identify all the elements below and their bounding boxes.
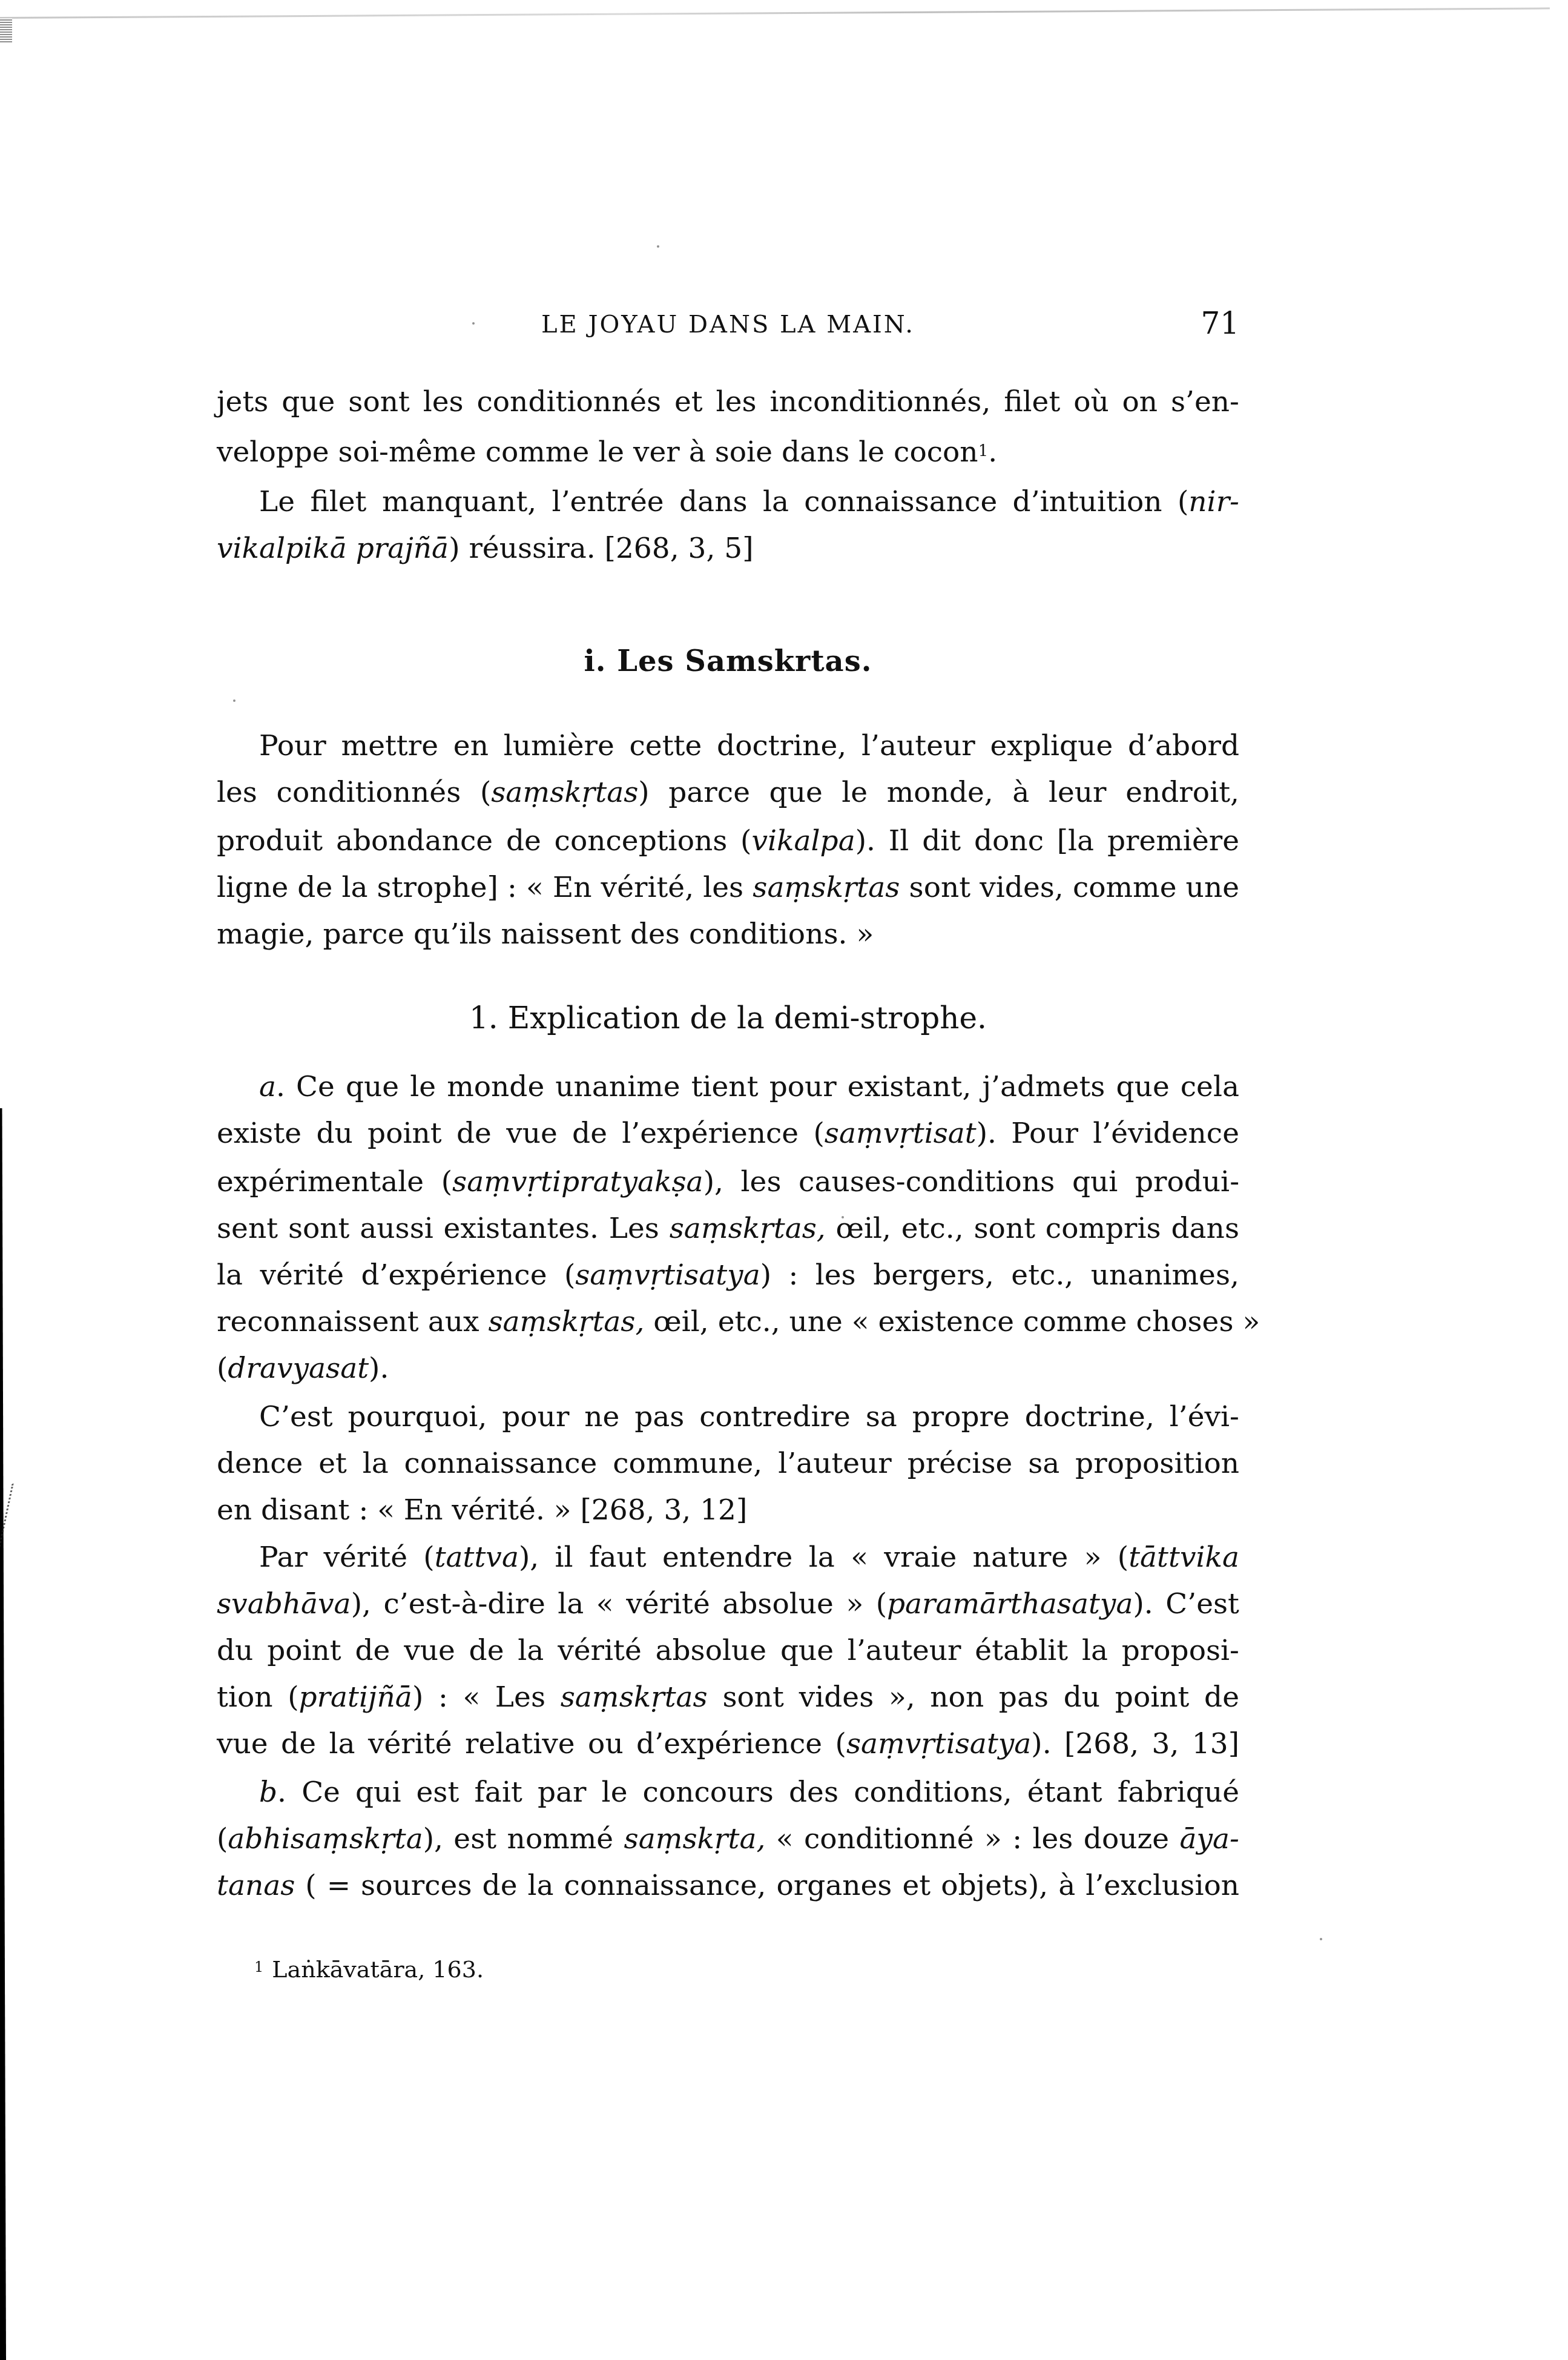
- italic-term: tāttvika: [1128, 1541, 1239, 1574]
- text-line: Pour mettre en lumière cette doctrine, l…: [217, 722, 1239, 770]
- text-run: .: [988, 435, 997, 469]
- text-run: ). Pour l’évidence: [977, 1117, 1239, 1150]
- margin-pencil-mark: [0, 1484, 32, 1550]
- text-run: expérimentale (: [217, 1165, 452, 1198]
- text-line: expérimentale (saṃvṛtipratyakṣa), les ca…: [217, 1159, 1239, 1206]
- italic-term: saṃvṛtisat: [825, 1117, 977, 1150]
- text-run: C’est pourquoi, pour ne pas contredire s…: [259, 1400, 1239, 1433]
- text-run: ). [268, 3, 13]: [1031, 1727, 1239, 1760]
- text-run: ) : les bergers, etc., unanimes,: [760, 1258, 1239, 1292]
- text-line: existe du point de vue de l’expérience (…: [217, 1110, 1239, 1157]
- italic-term: saṃvṛtipratyakṣa: [452, 1165, 703, 1198]
- text-line: tanas ( = sources de la connaissance, or…: [217, 1862, 1239, 1909]
- text-run: (: [217, 1352, 228, 1385]
- text-run: veloppe soi-même comme le ver à soie dan…: [217, 435, 978, 469]
- text-run: ligne de la strophe] : « En vérité, les: [217, 871, 753, 904]
- text-line: a. Ce que le monde unanime tient pour ex…: [217, 1063, 1239, 1111]
- text-line: Par vérité (tattva), il faut entendre la…: [217, 1534, 1239, 1581]
- italic-term: abhisaṃskṛta: [228, 1822, 423, 1856]
- running-head: LE JOYAU DANS LA MAIN. 71: [217, 308, 1239, 342]
- text-run: reconnaissent aux: [217, 1305, 488, 1338]
- text-line: tion (pratijñā) : « Les saṃskṛtas sont v…: [217, 1674, 1239, 1721]
- running-title: LE JOYAU DANS LA MAIN.: [217, 308, 1239, 342]
- footnote-marker: 1: [254, 1958, 263, 1975]
- text-run: ) réussira. [268, 3, 5]: [449, 532, 753, 565]
- text-run: sont vides, comme une: [900, 871, 1239, 904]
- text-run: œil, etc., sont compris dans: [826, 1212, 1239, 1245]
- text-run: ) : « Les: [412, 1681, 561, 1714]
- text-line: les conditionnés (saṃskṛtas) parce que l…: [217, 769, 1239, 816]
- page-number: 71: [1201, 305, 1239, 342]
- text-run: . Ce qui est fait par le concours des co…: [277, 1776, 1239, 1809]
- italic-term: saṃskṛta,: [624, 1822, 766, 1856]
- scan-left-border: [0, 1108, 6, 2360]
- text-run: ), c’est-à-dire la « vérité absolue » (: [351, 1587, 887, 1621]
- italic-term: saṃskṛtas,: [670, 1212, 826, 1245]
- italic-term: āya-: [1180, 1822, 1239, 1856]
- text-run: sent sont aussi existantes. Les: [217, 1212, 670, 1245]
- italic-term: saṃskṛtas: [491, 776, 638, 809]
- text-line: ligne de la strophe] : « En vérité, les …: [217, 864, 1239, 911]
- italic-term: saṃskṛtas: [561, 1681, 708, 1714]
- text-run: (: [217, 1822, 228, 1856]
- italic-term: pratijñā: [299, 1681, 412, 1714]
- text-run: ( = sources de la connaissance, organes …: [295, 1869, 1239, 1902]
- text-run: ), il faut entendre la « vraie nature » …: [519, 1541, 1128, 1574]
- text-line: sent sont aussi existantes. Les saṃskṛta…: [217, 1205, 1239, 1252]
- footnote-text: Laṅkāvatāra, 163.: [272, 1956, 484, 1983]
- text-line: en disant : « En vérité. » [268, 3, 12]: [217, 1487, 1239, 1534]
- text-run: sont vides », non pas du point de: [708, 1681, 1239, 1714]
- text-line: svabhāva), c’est-à-dire la « vérité abso…: [217, 1581, 1239, 1628]
- scan-speck: [1320, 1938, 1322, 1940]
- italic-term: a: [259, 1070, 276, 1103]
- italic-term: vikalpikā prajñā: [217, 532, 449, 565]
- text-run: la vérité d’expérience (: [217, 1258, 575, 1292]
- text-run: Le filet manquant, l’entrée dans la conn…: [259, 485, 1188, 518]
- text-run: jets que sont les conditionnés et les in…: [217, 385, 1239, 418]
- scan-speck: [472, 322, 475, 325]
- italic-term: saṃskṛtas: [753, 871, 900, 904]
- scan-edge-shadow: [0, 7, 1550, 19]
- text-run: les conditionnés (: [217, 776, 491, 809]
- text-run: tion (: [217, 1681, 299, 1714]
- italic-term: vikalpa: [751, 824, 855, 858]
- italic-term: tattva: [435, 1541, 519, 1574]
- text-run: ), les causes-conditions qui produi-: [703, 1165, 1239, 1198]
- text-line: la vérité d’expérience (saṃvṛtisatya) : …: [217, 1252, 1239, 1299]
- text-run: . Ce que le monde unanime tient pour exi…: [276, 1070, 1239, 1103]
- text-line: produit abondance de conceptions (vikalp…: [217, 818, 1239, 865]
- text-line: reconnaissent aux saṃskṛtas, œil, etc., …: [217, 1298, 1239, 1346]
- italic-term: nir-: [1188, 485, 1239, 518]
- text-line: jets que sont les conditionnés et les in…: [217, 378, 1239, 426]
- text-run: ).: [369, 1352, 389, 1385]
- section-heading: i. Les Samskrtas.: [217, 638, 1239, 685]
- text-line: vikalpikā prajñā) réussira. [268, 3, 5]: [217, 525, 1239, 572]
- text-run: du point de vue de la vérité absolue que…: [217, 1634, 1239, 1667]
- text-line: C’est pourquoi, pour ne pas contredire s…: [217, 1393, 1239, 1441]
- text-line: (dravyasat).: [217, 1345, 1239, 1392]
- text-line: (abhisaṃskṛta), est nommé saṃskṛta, « co…: [217, 1816, 1239, 1863]
- footnote-reference: 1: [978, 442, 989, 460]
- text-line: veloppe soi-même comme le ver à soie dan…: [217, 429, 1239, 476]
- text-line: magie, parce qu’ils naissent des conditi…: [217, 911, 1239, 958]
- text-line: vue de la vérité relative ou d’expérienc…: [217, 1720, 1239, 1768]
- text-line: b. Ce qui est fait par le concours des c…: [217, 1769, 1239, 1816]
- text-run: Pour mettre en lumière cette doctrine, l…: [259, 729, 1239, 762]
- text-run: ) parce que le monde, à leur endroit,: [638, 776, 1239, 809]
- text-run: en disant : « En vérité. » [268, 3, 12]: [217, 1493, 747, 1527]
- italic-term: saṃvṛtisatya: [575, 1258, 760, 1292]
- text-run: vue de la vérité relative ou d’expérienc…: [217, 1727, 846, 1760]
- italic-term: svabhāva: [217, 1587, 351, 1621]
- text-run: produit abondance de conceptions (: [217, 824, 751, 858]
- italic-term: saṃskṛtas,: [488, 1305, 644, 1338]
- text-line: Le filet manquant, l’entrée dans la conn…: [217, 478, 1239, 526]
- text-run: dence et la connaissance commune, l’aute…: [217, 1447, 1239, 1480]
- scan-speck: [233, 699, 236, 702]
- italic-term: b: [259, 1776, 277, 1809]
- text-run: ). Il dit donc [la première: [855, 824, 1239, 858]
- scan-speck: [842, 1216, 844, 1218]
- scan-speck: [657, 245, 659, 248]
- italic-term: tanas: [217, 1869, 295, 1902]
- text-run: Par vérité (: [259, 1541, 435, 1574]
- text-line: dence et la connaissance commune, l’aute…: [217, 1440, 1239, 1487]
- subsection-heading: 1. Explication de la demi-strophe.: [217, 994, 1239, 1042]
- text-run: ). C’est: [1133, 1587, 1239, 1621]
- footnote: 1Laṅkāvatāra, 163.: [254, 1951, 484, 1988]
- italic-term: saṃvṛtisatya: [846, 1727, 1031, 1760]
- text-run: « conditionné » : les douze: [765, 1822, 1179, 1856]
- text-run: œil, etc., une « existence comme choses …: [644, 1305, 1260, 1338]
- scan-corner-noise: [0, 18, 12, 42]
- text-run: existe du point de vue de l’expérience (: [217, 1117, 825, 1150]
- text-line: du point de vue de la vérité absolue que…: [217, 1627, 1239, 1674]
- text-run: magie, parce qu’ils naissent des conditi…: [217, 917, 874, 951]
- italic-term: paramārthasatya: [887, 1587, 1133, 1621]
- italic-term: dravyasat: [228, 1352, 369, 1385]
- text-run: ), est nommé: [423, 1822, 624, 1856]
